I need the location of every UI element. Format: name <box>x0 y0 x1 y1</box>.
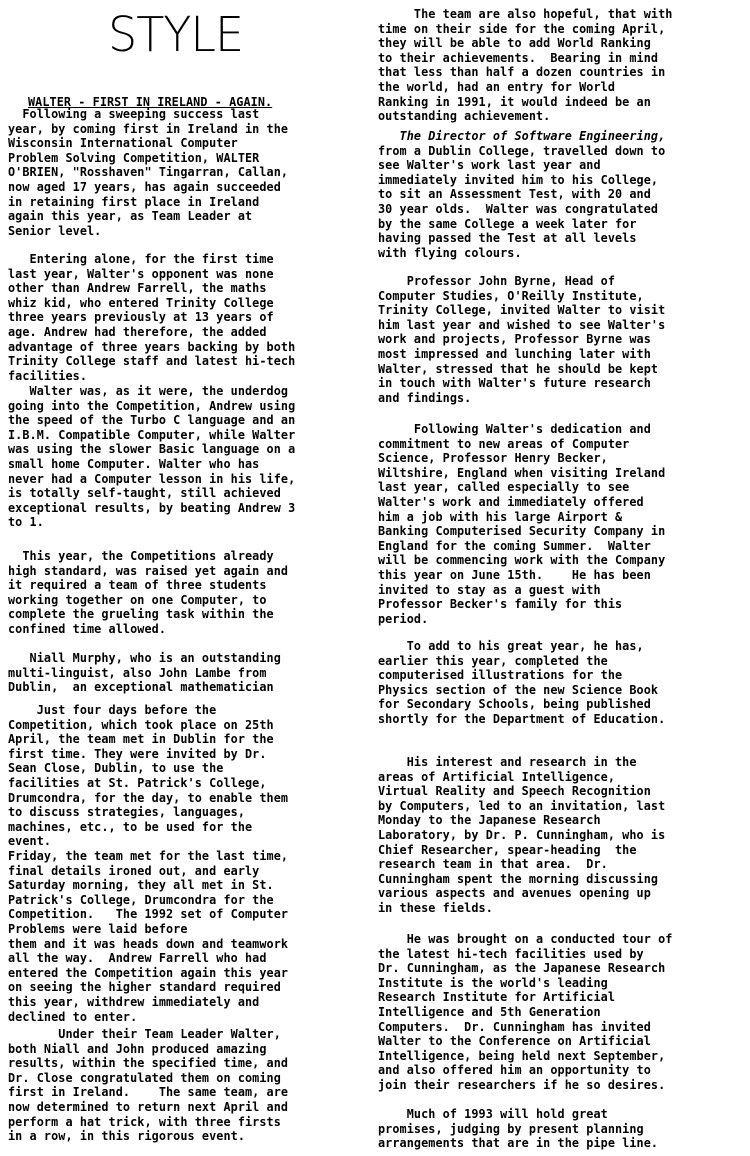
text-line: never had a Computer lesson in his life, <box>8 472 295 486</box>
text-line: confined time allowed. <box>8 622 166 636</box>
text-line: all the way. Andrew Farrell who had <box>8 951 267 965</box>
text-line: Intelligence and 5th Generation <box>378 1005 601 1019</box>
text-line: This year, the Competitions already <box>8 549 274 563</box>
text-line: them and it was heads down and teamwork <box>8 937 288 951</box>
text-line: having passed the Test at all levels <box>378 231 637 245</box>
text-line: Cunningham spent the morning discussing <box>378 872 658 886</box>
text-line: Computers. Dr. Cunningham has invited <box>378 1020 651 1034</box>
text-line: join their researchers if he so desires. <box>378 1078 665 1092</box>
text-line: high standard, was raised yet again and <box>8 564 288 578</box>
text-line: will be commencing work with the Company <box>378 553 665 567</box>
text-line: Patrick's College, Drumcondra for the <box>8 893 274 907</box>
text-line: Saturday morning, they all met in St. <box>8 878 274 892</box>
text-line: The Director of Software Engineering, <box>378 129 665 143</box>
text-line: other than Andrew Farrell, the maths <box>8 281 267 295</box>
text-line: whiz kid, who entered Trinity College <box>8 296 274 310</box>
text-line: various aspects and avenues opening up <box>378 886 651 900</box>
text-line: I.B.M. Compatible Computer, while Walter <box>8 428 295 442</box>
text-line: again this year, as Team Leader at <box>8 209 252 223</box>
text-line: Dr. Cunningham, as the Japanese Research <box>378 961 665 975</box>
text-line: Competition. The 1992 set of Computer <box>8 907 288 921</box>
text-line: Walter to the Conference on Artificial <box>378 1034 651 1048</box>
text-line: arrangements that are in the pipe line. <box>378 1136 658 1150</box>
text-line: Friday, the team met for the last time, <box>8 849 288 863</box>
text-line: in these fields. <box>378 901 493 915</box>
text-line: him a job with his large Airport & <box>378 510 622 524</box>
text-line: final details ironed out, and early <box>8 864 259 878</box>
text-line: first in Ireland. The same team, are <box>8 1085 288 1099</box>
text-line: Problems were laid before <box>8 922 188 936</box>
text-line: that less than half a dozen countries in <box>378 65 665 79</box>
text-line: Intelligence, being held next September, <box>378 1049 665 1063</box>
text-line: exceptional results, by beating Andrew 3 <box>8 501 295 515</box>
text-line: Chief Researcher, spear-heading the <box>378 843 637 857</box>
text-line: year, by coming first in Ireland in the <box>8 122 288 136</box>
text-line: they will be able to add World Ranking <box>378 36 651 50</box>
text-line: commitment to new areas of Computer <box>378 437 629 451</box>
text-line: April, the team met in Dublin for the <box>8 732 274 746</box>
text-line: now determined to return next April and <box>8 1100 288 1114</box>
text-line: both Niall and John produced amazing <box>8 1042 267 1056</box>
text-line: by Computers, led to an invitation, last <box>378 799 665 813</box>
text-line: Sean Close, Dublin, to use the <box>8 761 223 775</box>
text-line: outstanding achievement. <box>378 109 550 123</box>
text-line: last year, Walter's opponent was none <box>8 267 274 281</box>
text-line: perform a hat trick, with three firsts <box>8 1115 281 1129</box>
text-line: results, within the specified time, and <box>8 1056 288 1070</box>
text-line: Laboratory, by Dr. P. Cunningham, who is <box>378 828 665 842</box>
text-line: three years previously at 13 years of <box>8 310 274 324</box>
text-line: the latest hi-tech facilities used by <box>378 947 644 961</box>
text-line: and findings. <box>378 391 471 405</box>
text-line: promises, judging by present planning <box>378 1122 644 1136</box>
text-line: age. Andrew had therefore, the added <box>8 325 267 339</box>
text-line: Ranking in 1991, it would indeed be an <box>378 95 651 109</box>
text-line: it required a team of three students <box>8 578 267 592</box>
text-line: complete the grueling task within the <box>8 607 274 621</box>
text-line: Wisconsin International Computer <box>8 136 238 150</box>
text-line: Physics section of the new Science Book <box>378 683 658 697</box>
text-line: computerised illustrations for the <box>378 668 622 682</box>
text-line: Niall Murphy, who is an outstanding <box>8 651 281 665</box>
text-line: work and projects, Professor Byrne was <box>378 332 651 346</box>
text-line: facilities. <box>8 369 87 383</box>
text-line: on seeing the higher standard required <box>8 980 281 994</box>
text-line: is totally self-taught, still achieved <box>8 486 281 500</box>
text-line: see Walter's work last year and <box>378 158 601 172</box>
text-line: Virtual Reality and Speech Recognition <box>378 784 651 798</box>
text-line: Walter, stressed that he should be kept <box>378 362 658 376</box>
text-line: research team in that area. Dr. <box>378 857 608 871</box>
text-line: first time. They were invited by Dr. <box>8 747 267 761</box>
text-line: Dublin, an exceptional mathematician <box>8 680 274 694</box>
text-line: most impressed and lunching later with <box>378 347 651 361</box>
text-line: Research Institute for Artificial <box>378 990 615 1004</box>
text-line: His interest and research in the <box>378 755 637 769</box>
text-line: To add to his great year, he has, <box>378 639 644 653</box>
text-line: working together on one Computer, to <box>8 593 267 607</box>
text-line: him last year and wished to see Walter's <box>378 318 665 332</box>
masthead-title: STYLE <box>108 6 243 63</box>
text-line: Professor Becker's family for this <box>378 597 622 611</box>
text-line: and also offered him an opportunity to <box>378 1063 651 1077</box>
text-line: areas of Artificial Intelligence, <box>378 770 615 784</box>
text-line: Trinity College, invited Walter to visit <box>378 303 665 317</box>
text-line: earlier this year, completed the <box>378 654 608 668</box>
text-line: Monday to the Japanese Research <box>378 813 601 827</box>
text-line: Walter's work and immediately offered <box>378 495 644 509</box>
text-line: facilities at St. Patrick's College, <box>8 776 267 790</box>
text-line: He was brought on a conducted tour of <box>378 932 672 946</box>
text-line: England for the coming Summer. Walter <box>378 539 651 553</box>
text-line: declined to enter. <box>8 1010 137 1024</box>
text-line: Much of 1993 will hold great <box>378 1107 608 1121</box>
text-line: The team are also hopeful, that with <box>378 7 672 21</box>
text-line: shortly for the Department of Education. <box>378 712 665 726</box>
text-line: to their achievements. Bearing in mind <box>378 51 658 65</box>
text-line: Just four days before the <box>8 703 216 717</box>
text-line: to 1. <box>8 515 44 529</box>
text-line: Science, Professor Henry Becker, <box>378 451 608 465</box>
text-line: small home Computer. Walter who has <box>8 457 259 471</box>
text-line: Problem Solving Competition, WALTER <box>8 151 259 165</box>
text-line: Dr. Close congratulated them on coming <box>8 1071 281 1085</box>
text-line: Competition, which took place on 25th <box>8 718 274 732</box>
text-line: to discuss strategies, languages, <box>8 805 245 819</box>
text-line: the world, had an entry for World <box>378 80 615 94</box>
text-line: Walter was, as it were, the underdog <box>8 384 288 398</box>
text-line: Institute is the world's leading <box>378 976 608 990</box>
text-line: entered the Competition again this year <box>8 966 288 980</box>
text-line: invited to stay as a guest with <box>378 583 601 597</box>
text-line: Computer Studies, O'Reilly Institute, <box>378 289 644 303</box>
text-line: Entering alone, for the first time <box>8 252 274 266</box>
text-line: was using the slower Basic language on a <box>8 442 295 456</box>
text-line: Senior level. <box>8 224 101 238</box>
text-line: event. <box>8 834 51 848</box>
text-line: multi-linguist, also John Lambe from <box>8 666 267 680</box>
text-line: for Secondary Schools, being published <box>378 697 651 711</box>
text-line: now aged 17 years, has again succeeded <box>8 180 281 194</box>
text-line: the speed of the Turbo C language and an <box>8 413 295 427</box>
text-line: by the same College a week later for <box>378 217 637 231</box>
text-line: Following a sweeping success last <box>8 107 259 121</box>
text-line: Wiltshire, England when visiting Ireland <box>378 466 665 480</box>
text-line: period. <box>378 612 428 626</box>
text-line: in a row, in this rigorous event. <box>8 1129 245 1143</box>
text-line: time on their side for the coming April, <box>378 22 665 36</box>
text-line: machines, etc., to be used for the <box>8 820 252 834</box>
text-line: Under their Team Leader Walter, <box>8 1027 281 1041</box>
text-line: immediately invited him to his College, <box>378 173 658 187</box>
text-line: this year on June 15th. He has been <box>378 568 651 582</box>
text-line: from a Dublin College, travelled down to <box>378 144 665 158</box>
text-line: in retaining first place in Ireland <box>8 195 259 209</box>
text-line: Following Walter's dedication and <box>378 422 651 436</box>
text-line: advantage of three years backing by both <box>8 340 295 354</box>
text-line: Banking Computerised Security Company in <box>378 524 665 538</box>
text-line: this year, withdrew immediately and <box>8 995 259 1009</box>
text-line: in touch with Walter's future research <box>378 376 651 390</box>
text-line: to sit an Assessment Test, with 20 and <box>378 187 651 201</box>
text-line: O'BRIEN, "Rosshaven" Tingarran, Callan, <box>8 165 288 179</box>
text-line: Drumcondra, for the day, to enable them <box>8 791 288 805</box>
text-line: last year, called especially to see <box>378 480 629 494</box>
text-line: with flying colours. <box>378 246 522 260</box>
text-line: 30 year olds. Walter was congratulated <box>378 202 658 216</box>
text-line: going into the Competition, Andrew using <box>8 399 295 413</box>
text-line: Trinity College staff and latest hi-tech <box>8 354 295 368</box>
text-line: Professor John Byrne, Head of <box>378 274 615 288</box>
